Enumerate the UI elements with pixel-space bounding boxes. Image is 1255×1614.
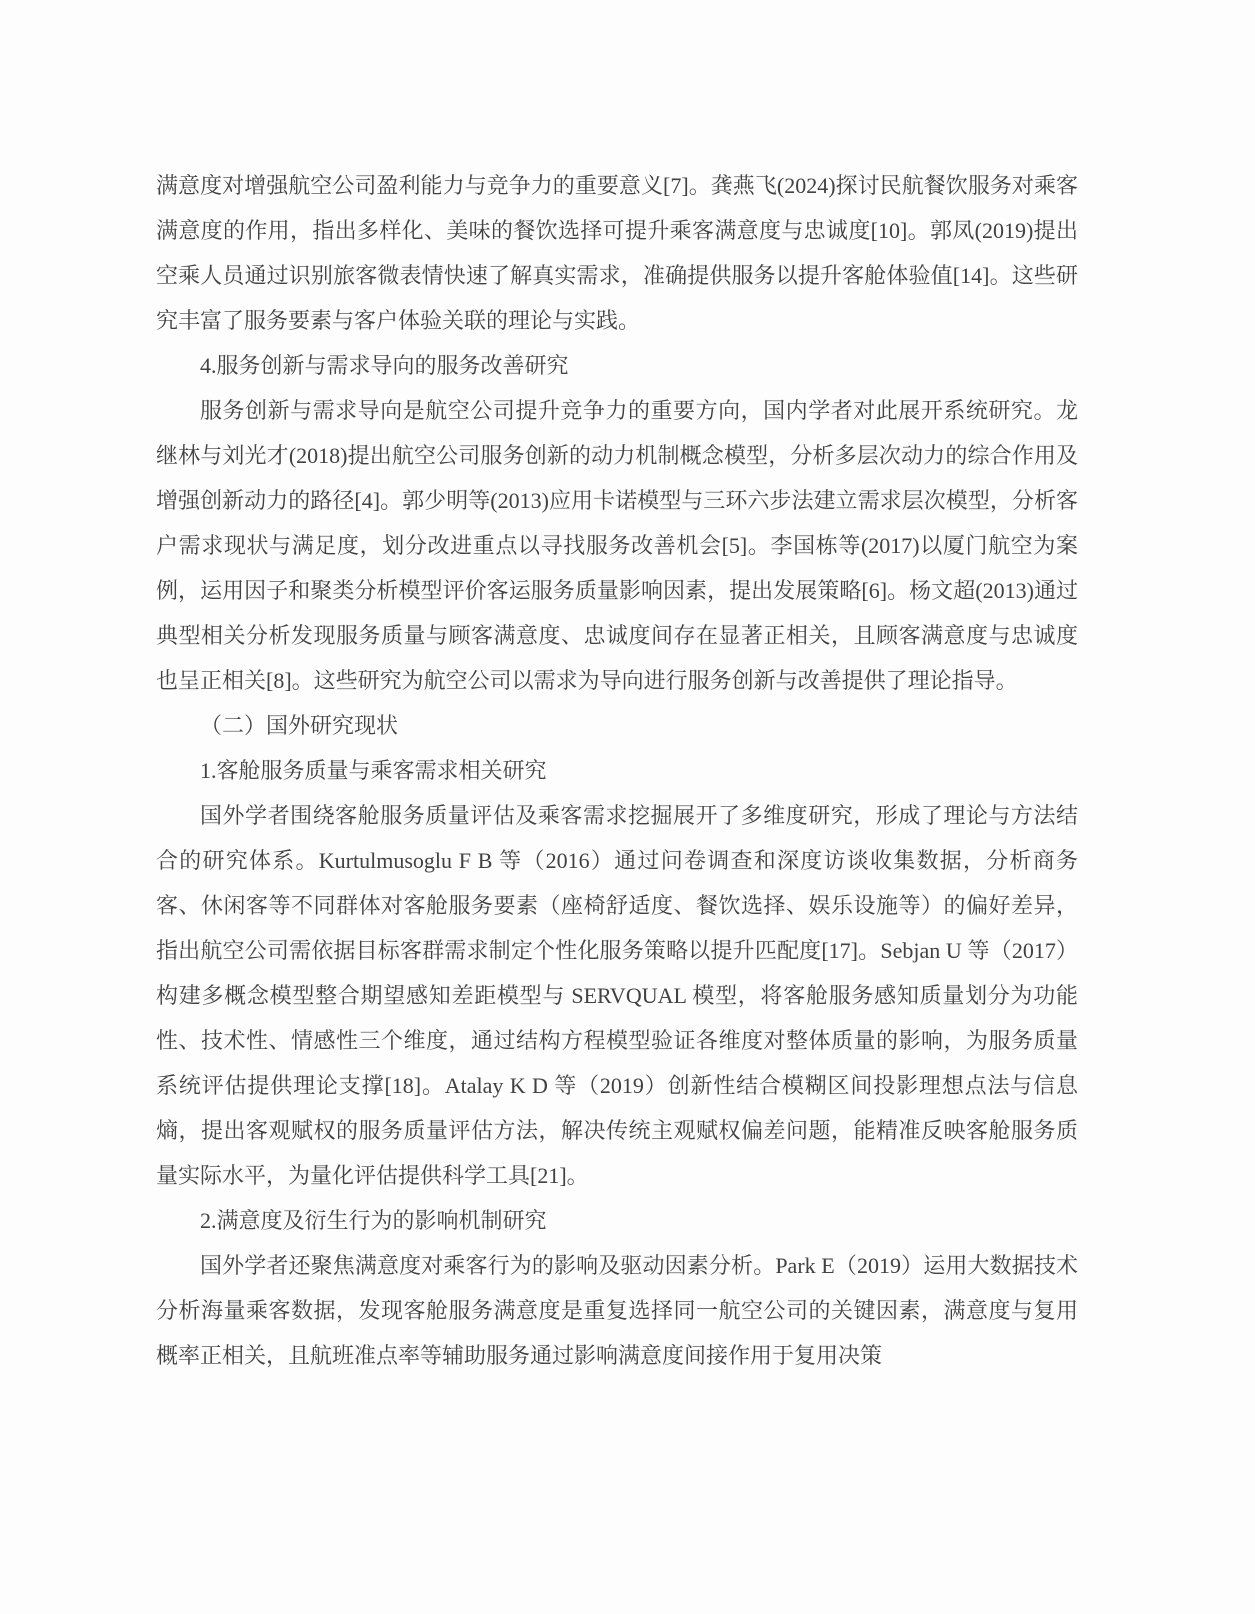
paragraph-service-experience-continuation: 满意度对增强航空公司盈利能力与竞争力的重要意义[7]。龚燕飞(2024)探讨民航… xyxy=(156,163,1078,343)
paragraph-service-innovation-research: 服务创新与需求导向是航空公司提升竞争力的重要方向，国内学者对此展开系统研究。龙继… xyxy=(156,388,1078,703)
paragraph-cabin-service-quality-research: 国外学者围绕客舱服务质量评估及乘客需求挖掘展开了多维度研究，形成了理论与方法结合… xyxy=(156,793,1078,1198)
heading-1-cabin-service-quality: 1.客舱服务质量与乘客需求相关研究 xyxy=(156,748,1078,793)
page-text-column: 满意度对增强航空公司盈利能力与竞争力的重要意义[7]。龚燕飞(2024)探讨民航… xyxy=(156,163,1078,1378)
heading-2-satisfaction-behavior-mechanism: 2.满意度及衍生行为的影响机制研究 xyxy=(156,1198,1078,1243)
heading-4-service-innovation-research: 4.服务创新与需求导向的服务改善研究 xyxy=(156,343,1078,388)
heading-foreign-research-status: （二）国外研究现状 xyxy=(156,703,1078,748)
document-page: 满意度对增强航空公司盈利能力与竞争力的重要意义[7]。龚燕飞(2024)探讨民航… xyxy=(0,0,1255,1614)
paragraph-satisfaction-behavior-research: 国外学者还聚焦满意度对乘客行为的影响及驱动因素分析。Park E（2019）运用… xyxy=(156,1243,1078,1378)
